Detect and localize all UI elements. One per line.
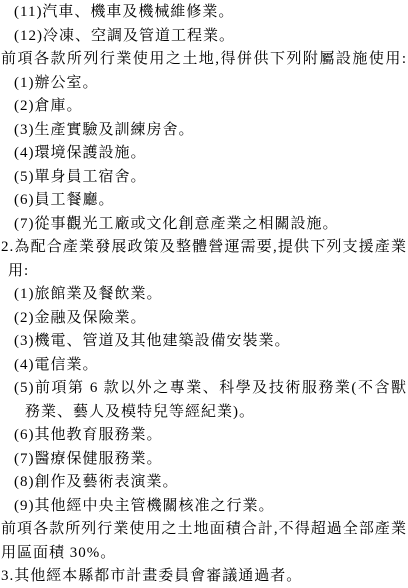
document-line: (5)前項第 6 款以外之專業、科學及技術服務業(不含獸醫服 xyxy=(0,377,408,401)
document-line: 務業、藝人及模特兒等經紀業)。 xyxy=(0,401,408,425)
document-line: (12)冷凍、空調及管道工程業。 xyxy=(0,25,408,49)
document-line: 前項各款所列行業使用之土地,得併供下列附屬設施使用: xyxy=(0,48,408,72)
document-line: 用區面積 30%。 xyxy=(0,542,408,566)
document-line: (4)環境保護設施。 xyxy=(0,142,408,166)
document-line: 3.其他經本縣都市計畫委員會審議通過者。 xyxy=(0,565,408,588)
document-line: (9)其他經中央主管機關核准之行業。 xyxy=(0,495,408,519)
document-line: (1)辦公室。 xyxy=(0,72,408,96)
document-line: (5)單身員工宿舍。 xyxy=(0,166,408,190)
document-line: (2)倉庫。 xyxy=(0,95,408,119)
document-line: 2.為配合產業發展政策及整體營運需要,提供下列支援產業使 xyxy=(0,236,408,260)
document-line: (6)其他教育服務業。 xyxy=(0,424,408,448)
document-line: (3)機電、管道及其他建築設備安裝業。 xyxy=(0,330,408,354)
document-page: (11)汽車、機車及機械維修業。 (12)冷凍、空調及管道工程業。 前項各款所列… xyxy=(0,0,408,588)
document-line: (7)醫療保健服務業。 xyxy=(0,448,408,472)
document-line: (8)創作及藝術表演業。 xyxy=(0,471,408,495)
document-line: (7)從事觀光工廠或文化創意產業之相關設施。 xyxy=(0,213,408,237)
document-line: (4)電信業。 xyxy=(0,354,408,378)
document-line: (2)金融及保險業。 xyxy=(0,307,408,331)
document-line: (11)汽車、機車及機械維修業。 xyxy=(0,1,408,25)
document-line: (3)生產實驗及訓練房舍。 xyxy=(0,119,408,143)
document-line: (1)旅館業及餐飲業。 xyxy=(0,283,408,307)
document-line: 用: xyxy=(0,260,408,284)
document-line: 前項各款所列行業使用之土地面積合計,不得超過全部產業專 xyxy=(0,518,408,542)
document-line: (6)員工餐廳。 xyxy=(0,189,408,213)
